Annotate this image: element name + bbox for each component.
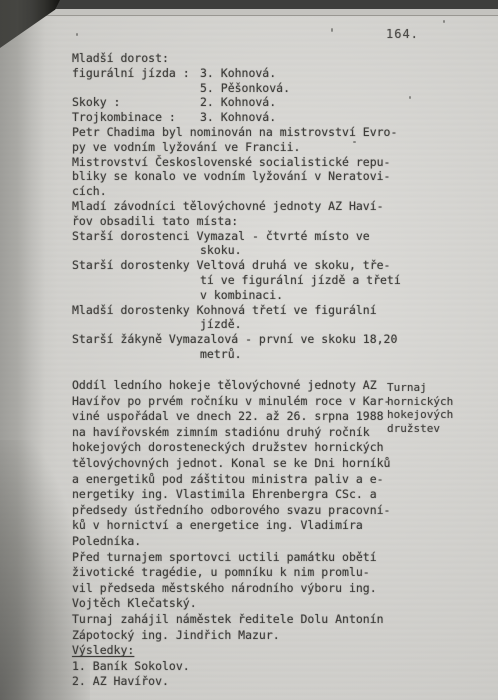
text-line: jízdě. [72,317,412,332]
text-line: Mladší dorost: [72,51,412,66]
line-text: skoku. [200,243,242,257]
text-line: ků v hornictví a energetice ing. Vladimí… [72,518,412,534]
scan-top-band [0,0,498,9]
result-value: 3. Kohnová. [200,66,276,80]
result-value: 5. Pěšonková. [200,81,290,95]
text-line: bliky se konalo ve vodním lyžování v Ner… [72,169,412,184]
results-text-block: Mladší dorost:figurální jízda :3. Kohnov… [72,51,412,362]
line-text: Mladí závodníci tělovýchovné jednoty AZ … [72,199,384,213]
line-text: Starší dorostenci Vymazal - čtvrté místo… [72,229,370,243]
line-text: jízdě. [200,317,242,331]
text-line: Mladí závodníci tělovýchovné jednoty AZ … [72,199,412,214]
line-text: Oddíl ledního hokeje tělovýchovné jednot… [72,378,377,392]
line-text: Výsledky: [72,643,134,657]
text-line: Poledníka. [72,534,412,550]
margin-note-line: Turnaj [387,381,453,395]
text-line: Oddíl ledního hokeje tělovýchovné jednot… [72,378,412,394]
text-line: skoku. [72,243,412,258]
line-text: Mladší dorostenky Kohnová třetí ve figur… [72,303,377,317]
text-line: tělovýchovných jednot. Konal se ke Dni h… [72,456,412,472]
result-label: figurální jízda : [72,66,200,81]
line-text: Starší dorostenky Veltová druhá ve skoku… [72,258,391,272]
text-line: Trojkombinace :3. Kohnová. [72,110,412,125]
line-text: Zápotocký ing. Jindřich Mazur. [72,628,280,642]
result-value: 2. Kohnová. [200,95,276,109]
text-line: vil předseda městského národního výboru … [72,581,412,597]
text-line: a energetiků pod záštitou ministra paliv… [72,472,412,488]
margin-note-line: hornických [387,395,453,409]
scan-speck [443,20,445,23]
line-text: 2. AZ Havířov. [72,674,169,688]
scan-speck [331,28,333,32]
line-text: a energetiků pod záštitou ministra paliv… [72,472,384,486]
text-line: py ve vodním lyžování ve Francii. [72,140,412,155]
line-text: Vojtěch Klečatský. [72,596,197,610]
text-line: 5. Pěšonková. [72,81,412,96]
line-text: Havířov po prvém ročníku v minulém roce … [72,394,391,408]
line-text: Před turnajem sportovci uctili památku o… [72,550,377,564]
text-line: předsedy ústředního odborového svazu pra… [72,503,412,519]
text-line: Starší dorostenky Veltová druhá ve skoku… [72,258,412,273]
text-line: Starší dorostenci Vymazal - čtvrté místo… [72,229,412,244]
margin-note-tournament: Turnajhornickýchhokejovýchdružstev [387,381,453,435]
text-line: Vojtěch Klečatský. [72,596,412,612]
text-line: Petr Chadima byl nominován na mistrovstv… [72,125,412,140]
text-line: Zápotocký ing. Jindřich Mazur. [72,628,412,644]
line-text: tělovýchovných jednot. Konal se ke Dni h… [72,456,391,470]
text-line: řov obsadili tato místa: [72,214,412,229]
line-text: Mistrovství Československé socialistické… [72,155,391,169]
margin-note-line: hokejových [387,408,453,422]
line-text: tí ve figurální jízdě a třetí [200,273,401,287]
line-text: na havířovském zimním stadiónu druhý roč… [72,425,370,439]
line-text: ků v hornictví a energetice ing. Vladimí… [72,518,363,532]
result-label: Skoky : [72,95,200,110]
line-text: py ve vodním lyžování ve Francii. [72,140,300,154]
hockey-tournament-text-block: Oddíl ledního hokeje tělovýchovné jednot… [72,378,412,690]
scanned-document-page: 164. Mladší dorost:figurální jízda :3. K… [0,0,498,700]
scan-speck [76,33,78,36]
line-text: nergetiky ing. Vlastimila Ehrenbergra CS… [72,487,377,501]
text-line: 2. AZ Havířov. [72,674,412,690]
text-line: v kombinaci. [72,288,412,303]
page-number: 164. [386,27,419,41]
line-text: předsedy ústředního odborového svazu pra… [72,503,391,517]
text-line: 1. Baník Sokolov. [72,659,412,675]
text-line: Skoky :2. Kohnová. [72,95,412,110]
result-label: Trojkombinace : [72,110,200,125]
text-line: nergetiky ing. Vlastimila Ehrenbergra CS… [72,487,412,503]
text-line: figurální jízda :3. Kohnová. [72,66,412,81]
line-text: viné uspořádal ve dnech 22. až 26. srpna… [72,409,384,423]
text-line: hokejových dorosteneckých družstev horni… [72,440,412,456]
text-line: Starší žákyně Vymazalová - první ve skok… [72,332,412,347]
line-text: metrů. [200,347,242,361]
line-text: 1. Baník Sokolov. [72,659,190,673]
line-text: hokejových dorosteneckých družstev horni… [72,440,384,454]
line-text: Petr Chadima byl nominován na mistrovstv… [72,125,397,139]
line-text: řov obsadili tato místa: [72,214,238,228]
text-line: na havířovském zimním stadiónu druhý roč… [72,425,412,441]
text-line: metrů. [72,347,412,362]
result-value: 3. Kohnová. [200,110,276,124]
line-text: vil předseda městského národního výboru … [72,581,377,595]
line-text: Poledníka. [72,534,141,548]
text-line: životické tragédie, u pomníku k nim prom… [72,565,412,581]
text-line: Havířov po prvém ročníku v minulém roce … [72,394,412,410]
text-line: Mistrovství Československé socialistické… [72,155,412,170]
line-text: životické tragédie, u pomníku k nim prom… [72,565,370,579]
text-line: Mladší dorostenky Kohnová třetí ve figur… [72,303,412,318]
text-line: Turnaj zahájil náměstek ředitele Dolu An… [72,612,412,628]
line-text: Turnaj zahájil náměstek ředitele Dolu An… [72,612,384,626]
text-line: cích. [72,184,412,199]
line-text: v kombinaci. [200,288,283,302]
line-text: cích. [72,184,107,198]
line-text: bliky se konalo ve vodním lyžování v Ner… [72,169,391,183]
text-line: Výsledky: [72,643,412,659]
text-line: viné uspořádal ve dnech 22. až 26. srpna… [72,409,412,425]
text-line: tí ve figurální jízdě a třetí [72,273,412,288]
margin-note-line: družstev [387,422,453,436]
line-text: Starší žákyně Vymazalová - první ve skok… [72,332,397,346]
line-text: Mladší dorost: [72,51,169,65]
text-line: Před turnajem sportovci uctili památku o… [72,550,412,566]
page-top-edge [0,9,498,16]
